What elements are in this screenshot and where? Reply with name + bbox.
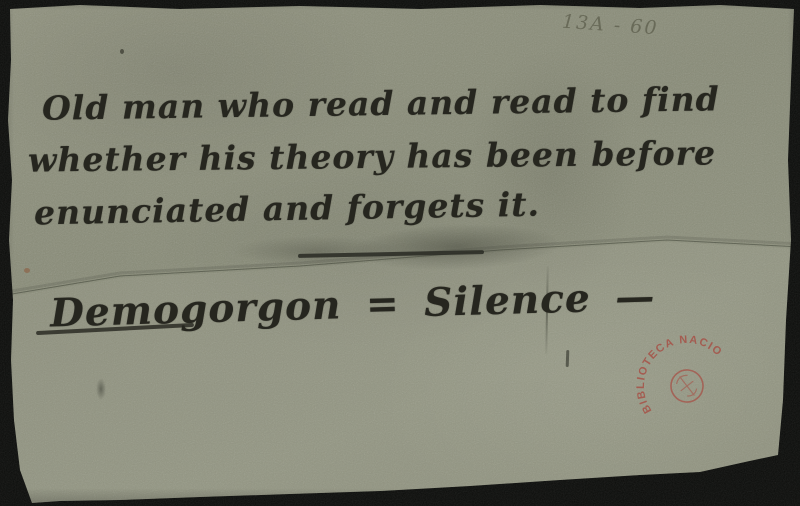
shadow-blot xyxy=(96,378,106,400)
ink-smudge xyxy=(351,220,562,273)
ink-dash-mark xyxy=(566,350,570,367)
stamp-text: BIBLIOTECA NACIONAL xyxy=(627,326,727,425)
stamp-emblem-crest xyxy=(673,372,700,401)
paper-scrap: 13A - 60 Old man who read and read to fi… xyxy=(0,0,800,506)
library-stamp: BIBLIOTECA NACIONAL xyxy=(627,326,747,446)
rust-stain xyxy=(24,268,30,273)
ink-speck xyxy=(120,49,124,54)
archival-pencil-mark: 13A - 60 xyxy=(561,11,659,40)
handwritten-line-1: Old man who read and read to find xyxy=(42,79,720,127)
handwritten-line-2: whether his theory has been before xyxy=(28,133,716,179)
stamp-emblem-circle xyxy=(665,364,710,409)
handwritten-equation-line: Demogorgon = Silence — xyxy=(49,274,655,337)
scan-stage: 13A - 60 Old man who read and read to fi… xyxy=(0,0,800,506)
